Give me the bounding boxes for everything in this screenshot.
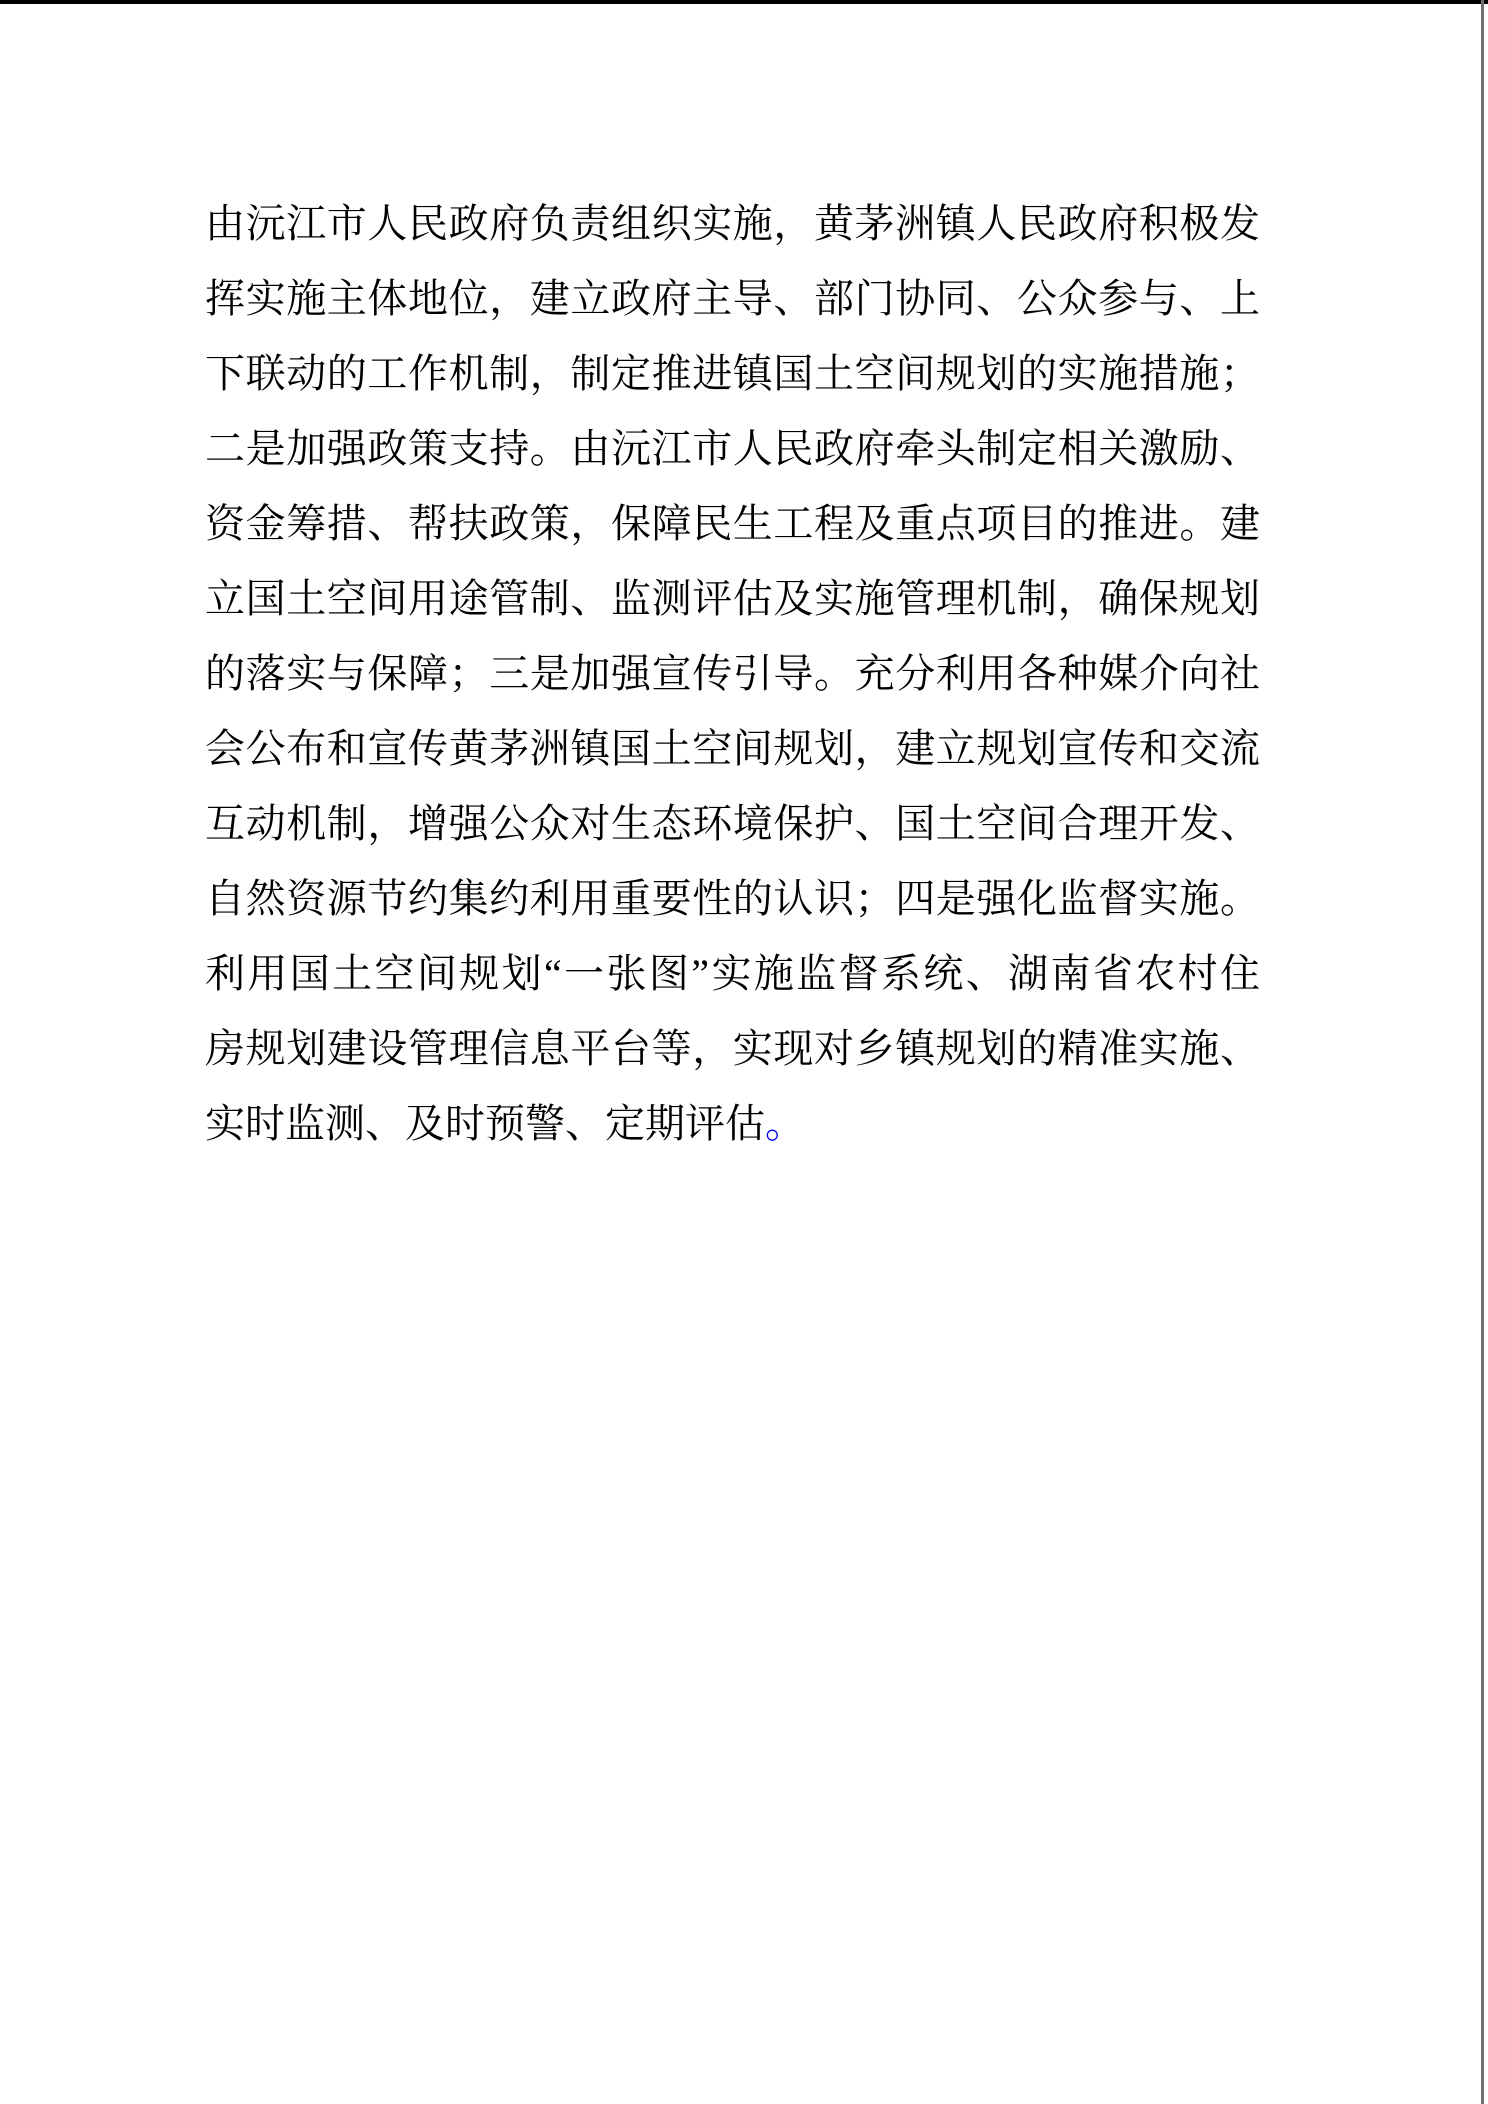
paragraph-line: 由沅江市人民政府负责组织实施，黄茅洲镇人民政府积极发 — [205, 186, 1260, 261]
paragraph-line: 互动机制，增强公众对生态环境保护、国土空间合理开发、 — [205, 786, 1260, 861]
page-right-edge — [1481, 0, 1484, 2104]
paragraph-line: 立国土空间用途管制、监测评估及实施管理机制，确保规划 — [205, 561, 1260, 636]
last-line-text: 实时监测、及时预警、定期评估 — [205, 1101, 765, 1146]
paragraph-line: 下联动的工作机制，制定推进镇国土空间规划的实施措施； — [205, 336, 1260, 411]
paragraph-line: 自然资源节约集约利用重要性的认识；四是强化监督实施。 — [205, 861, 1260, 936]
final-period-highlight: 。 — [765, 1101, 805, 1146]
paragraph-line: 的落实与保障；三是加强宣传引导。充分利用各种媒介向社 — [205, 636, 1260, 711]
paragraph-line: 挥实施主体地位，建立政府主导、部门协同、公众参与、上 — [205, 261, 1260, 336]
paragraph-line: 利用国土空间规划“一张图”实施监督系统、湖南省农村住 — [205, 936, 1260, 1011]
paragraph-line: 二是加强政策支持。由沅江市人民政府牵头制定相关激励、 — [205, 411, 1260, 486]
page-top-edge — [0, 0, 1488, 4]
document-text-block: 由沅江市人民政府负责组织实施，黄茅洲镇人民政府积极发 挥实施主体地位，建立政府主… — [205, 186, 1260, 1161]
paragraph-line: 会公布和宣传黄茅洲镇国土空间规划，建立规划宣传和交流 — [205, 711, 1260, 786]
paragraph-line-last: 实时监测、及时预警、定期评估。 — [205, 1086, 1260, 1161]
paragraph-line: 房规划建设管理信息平台等，实现对乡镇规划的精准实施、 — [205, 1011, 1260, 1086]
paragraph-line: 资金筹措、帮扶政策，保障民生工程及重点项目的推进。建 — [205, 486, 1260, 561]
